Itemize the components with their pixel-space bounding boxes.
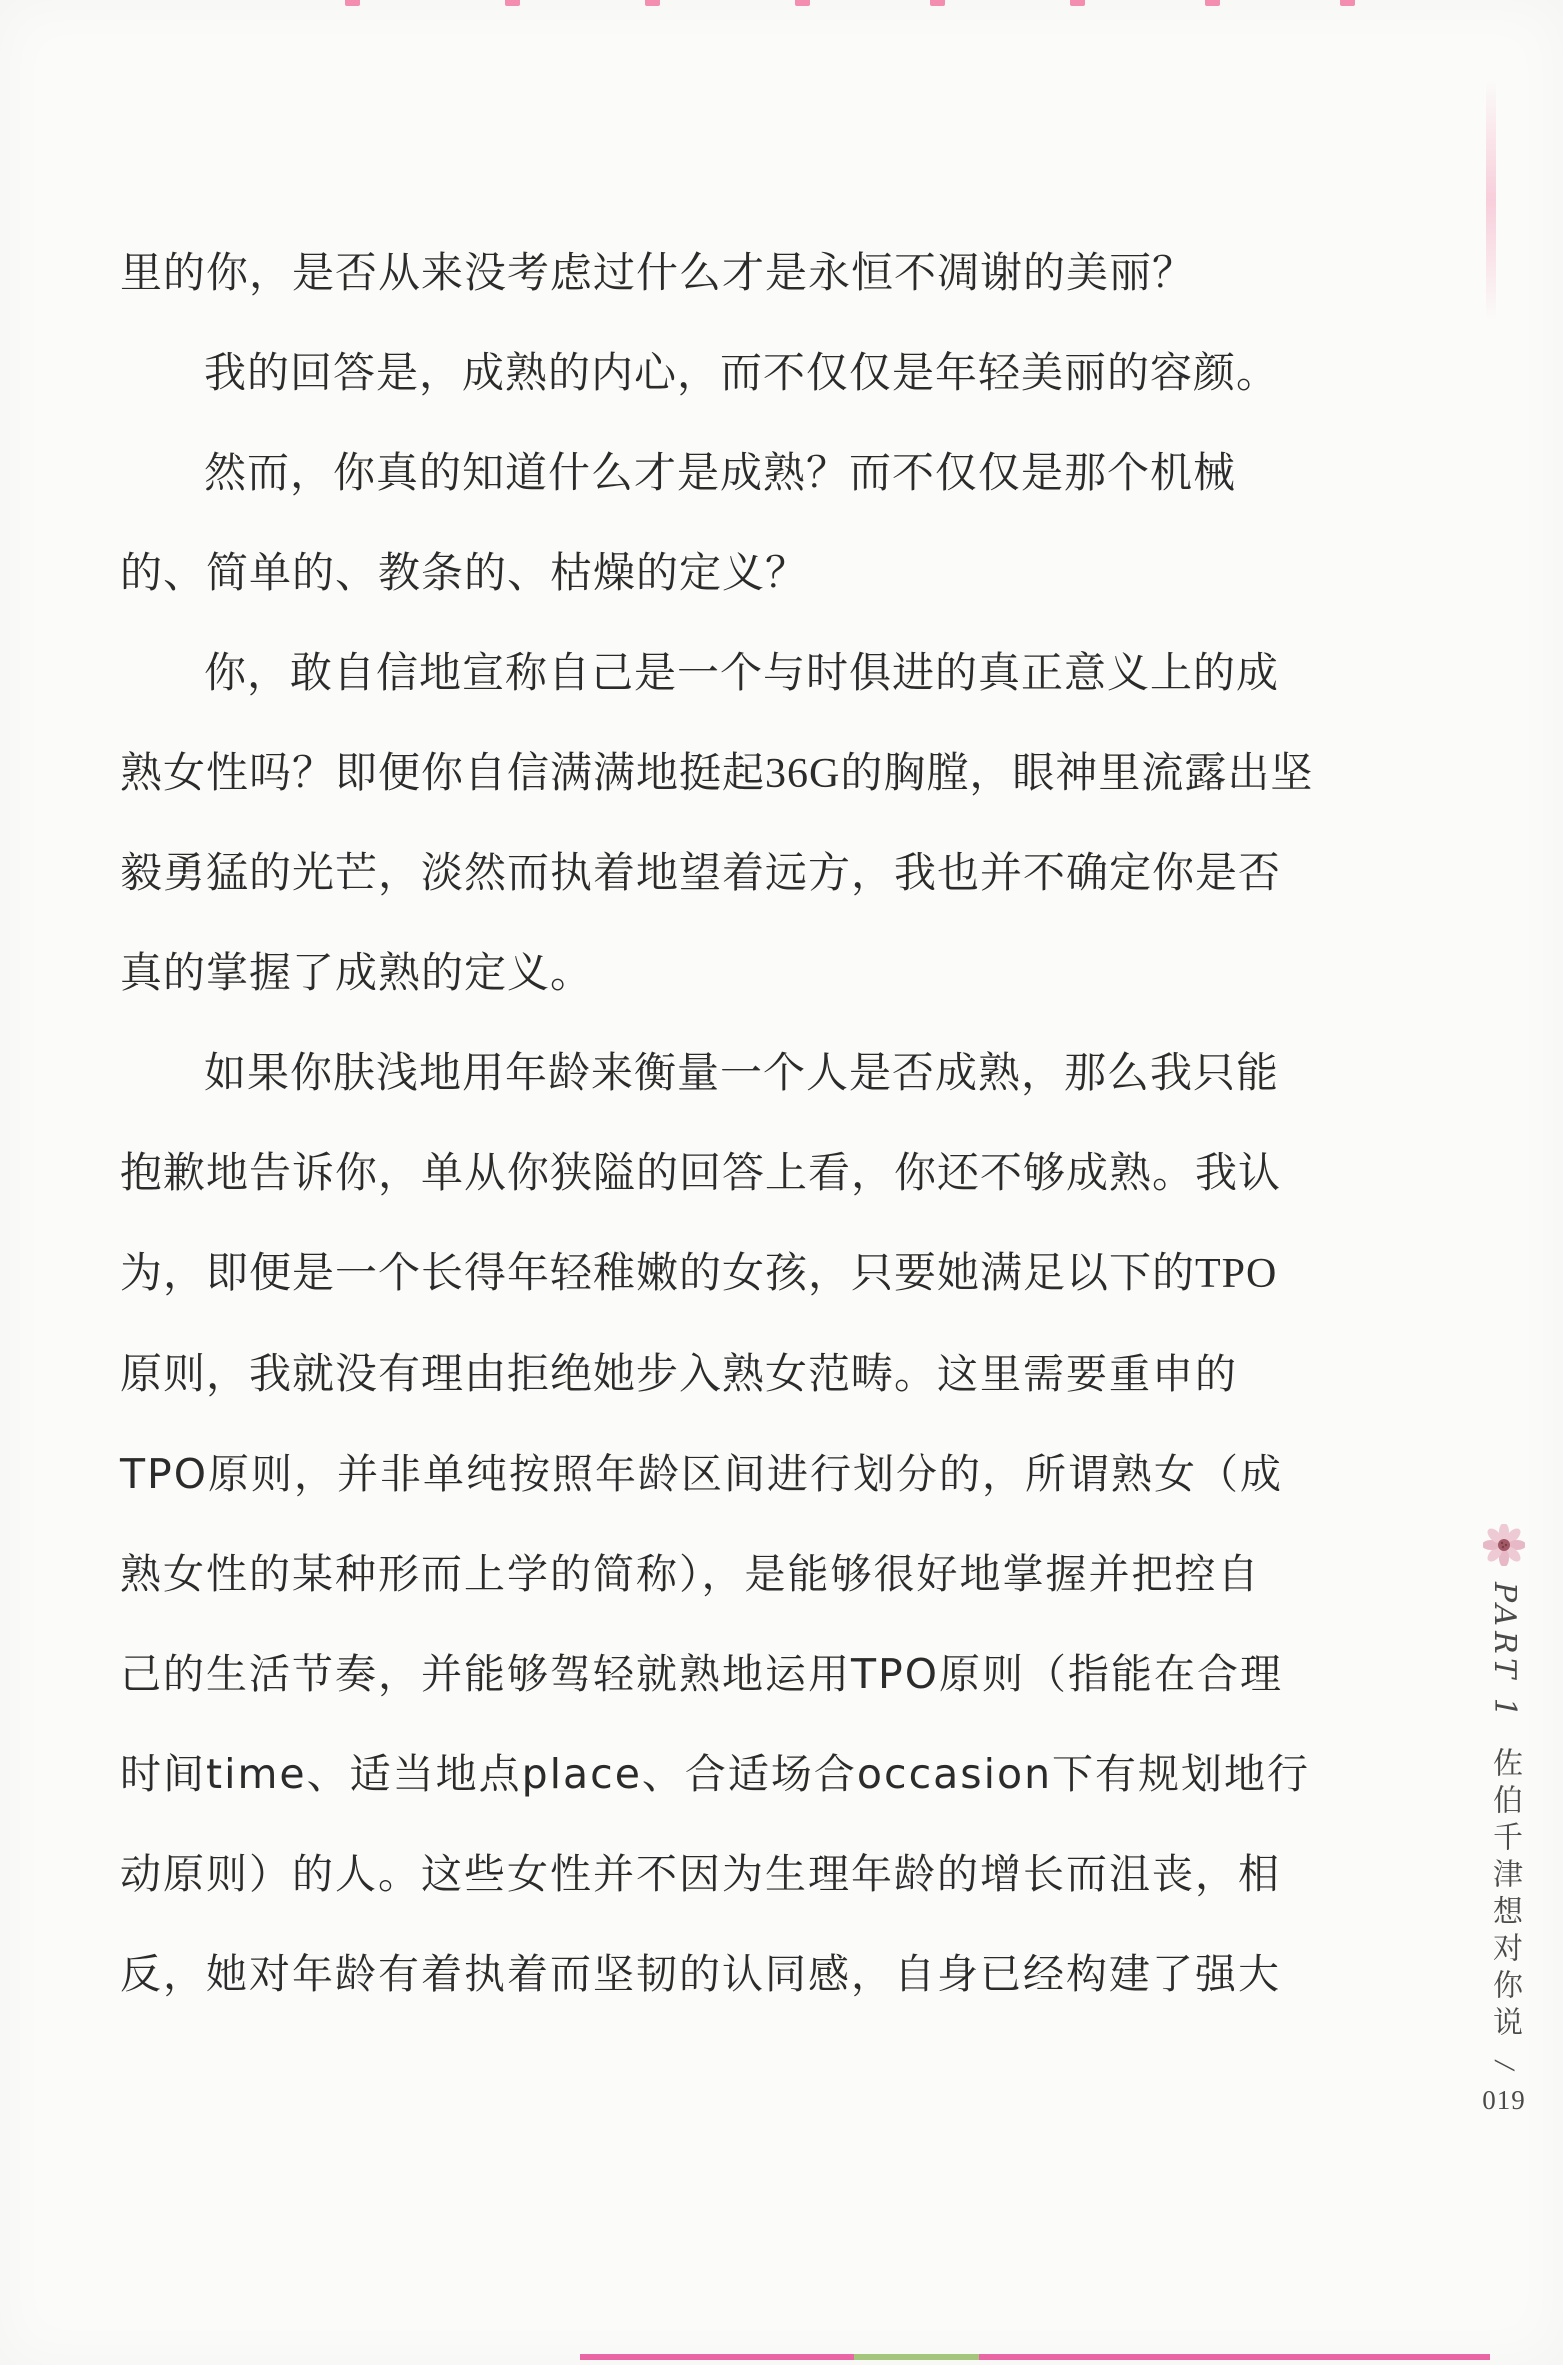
line-text: 你，敢自信地宣称自己是一个与时俱进的真正意义上的成 [204, 651, 1279, 697]
part-label: PART 1 [1487, 1582, 1522, 1722]
text-line: TPO原则，并非单纯按照年龄区间进行划分的，所谓熟女（成 [120, 1448, 1205, 1548]
line-text: 这里需要重申的 [937, 1350, 1238, 1398]
body-text: 里的你，是否从来没考虑过什么才是永恒不凋谢的美丽？ 我的回答是，成熟的内心，而不… [120, 248, 1205, 2048]
line-text: 如果你肤浅地用年龄来衡量一个人是否成熟，那么我只能 [204, 1051, 1279, 1097]
line-text: 真的掌握了成熟的定义。 [120, 951, 593, 997]
text-line: 时间time、适当地点place、合适场合occasion下有规划地行 [120, 1748, 1205, 1848]
scan-mark [930, 0, 945, 6]
text-line: 的、简单的、教条的、枯燥的定义？ [120, 548, 1205, 648]
sidebar: PART 1 佐伯千津想对你说 / 019 [1472, 1524, 1536, 2116]
line-text: 反，她对年龄有着执着而坚韧的认同感，自身已经构建了强大 [120, 1950, 1281, 1998]
text-line: 反，她对年龄有着执着而坚韧的认同感，自身已经构建了强大 [120, 1948, 1205, 2048]
scan-line-green [854, 2354, 979, 2360]
scan-mark [645, 0, 660, 6]
line-text: 己的生活节奏，并能够驾轻就熟地运用TPO原则（指能在合理 [120, 1650, 1283, 1698]
line-text: TPO原则，并非单纯按照年龄区间进行划分的，所谓熟女（成 [120, 1450, 1283, 1498]
sidebar-vertical-text: PART 1 佐伯千津想对你说 / [1482, 1582, 1526, 2071]
scan-mark [505, 0, 520, 6]
page-number: 019 [1482, 2085, 1526, 2116]
text-line: 如果你肤浅地用年龄来衡量一个人是否成熟，那么我只能 [120, 1048, 1205, 1148]
scan-streak [1486, 80, 1496, 320]
line-text: 为，即便是一个长得年轻稚嫩的女孩，只要她满足以下的TPO [120, 1251, 1277, 1297]
text-line: 你，敢自信地宣称自己是一个与时俱进的真正意义上的成 [120, 648, 1205, 748]
text-line: 动原则）的人。这些女性并不因为生理年龄的增长而沮丧，相 [120, 1848, 1205, 1948]
text-line: 然而，你真的知道什么才是成熟？而不仅仅是那个机械 [120, 448, 1205, 548]
text-line: 原则，我就没有理由拒绝她步入熟女范畴。这里需要重申的 [120, 1348, 1205, 1448]
line-text: 时间time、适当地点place、合适场合occasion下有规划地行 [120, 1750, 1310, 1798]
scan-mark [345, 0, 360, 6]
line-text: 的、简单的、教条的、枯燥的定义？ [120, 551, 808, 597]
scan-mark [1070, 0, 1085, 6]
line-text: 我的回答是，成熟的内心，而不仅仅是年轻美丽的容颜。 [204, 351, 1279, 397]
text-line: 毅勇猛的光芒，淡然而执着地望着远方，我也并不确定你是否 [120, 848, 1205, 948]
chapter-title: 佐伯千津想对你说 [1488, 1747, 1521, 2043]
text-line: 里的你，是否从来没考虑过什么才是永恒不凋谢的美丽？ [120, 248, 1205, 348]
line-text: 毅勇猛的光芒，淡然而执着地望着远方，我也并不确定你是否 [120, 851, 1281, 897]
text-line: 熟女性吗？即便你自信满满地挺起36G的胸膛，眼神里流露出坚 [120, 748, 1205, 848]
text-line: 真的掌握了成熟的定义。 [120, 948, 1205, 1048]
text-line: 抱歉地告诉你，单从你狭隘的回答上看，你还不够成熟。我认 [120, 1148, 1205, 1248]
text-line: 熟女性的某种形而上学的简称），是能够很好地掌握并把控自 [120, 1548, 1205, 1648]
text-line: 我的回答是，成熟的内心，而不仅仅是年轻美丽的容颜。 [120, 348, 1205, 448]
line-text: 熟女性吗？即便你自信满满地挺起36G的胸膛，眼神里流露出坚 [120, 751, 1313, 797]
separator-slash: / [1488, 2061, 1521, 2071]
scan-mark [1340, 0, 1355, 6]
scan-mark [1205, 0, 1220, 6]
line-text: 里的你，是否从来没考虑过什么才是永恒不凋谢的美丽？ [120, 251, 1195, 297]
flower-icon [1483, 1524, 1525, 1566]
text-line: 为，即便是一个长得年轻稚嫩的女孩，只要她满足以下的TPO [120, 1248, 1205, 1348]
book-page: 里的你，是否从来没考虑过什么才是永恒不凋谢的美丽？ 我的回答是，成熟的内心，而不… [0, 0, 1563, 2365]
scan-mark [795, 0, 810, 6]
text-line: 己的生活节奏，并能够驾轻就熟地运用TPO原则（指能在合理 [120, 1648, 1205, 1748]
line-text: 原则，我就没有理由拒绝她步入熟女范畴。 [120, 1352, 937, 1398]
scan-line-magenta [580, 2354, 1490, 2360]
line-text: 动原则）的人。这些女性并不因为生理年龄的增长而沮丧，相 [120, 1850, 1281, 1898]
line-text: 抱歉地告诉你，单从你狭隘的回答上看，你还不够成熟。我认 [120, 1151, 1281, 1197]
line-text: 熟女性的某种形而上学的简称），是能够很好地掌握并把控自 [120, 1550, 1261, 1598]
line-text: 然而，你真的知道什么才是成熟？而不仅仅是那个机械 [204, 451, 1236, 497]
